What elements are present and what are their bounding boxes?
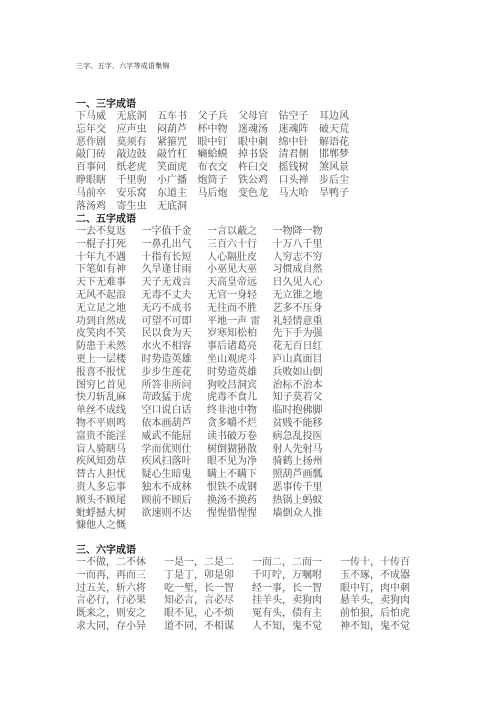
idiom-item: 挂羊头，卖狗肉 [252, 595, 340, 608]
idiom-row: 既来之，则安之眼不见，心不烦冤有头，债有主前怕狼，后怕虎 [76, 608, 428, 621]
idiom-item: 射人先射马 [273, 444, 339, 457]
idiom-item: 惺惺惜惺惺 [207, 508, 273, 521]
idiom-row: 报喜不报忧步步生莲花时势造英雄兵败如山倒 [76, 367, 338, 380]
idiom-item: 事后诸葛亮 [207, 341, 273, 354]
idiom-row: 百事问纸老虎笑面虎布衣交杵臼交摇钱树煞风景 [76, 162, 360, 175]
idiom-item: 水火不相容 [142, 341, 208, 354]
idiom-item: 一棍子打死 [76, 239, 142, 252]
idiom-item: 下笔如有神 [76, 264, 142, 277]
idiom-item: 一物降一物 [273, 226, 339, 239]
idiom-item: 蚍蜉撼大树 [76, 508, 142, 521]
idiom-item: 无毒不丈夫 [142, 290, 208, 303]
idiom-item: 病急乱投医 [273, 431, 339, 444]
idiom-item: 富贵不能淫 [76, 431, 142, 444]
idiom-row: 求大同，存小异道不同，不相谋人不知，鬼不觉神不知，鬼不觉 [76, 621, 428, 634]
idiom-row: 过五关，斩六将吃一堑，长一智经一事，长一智眼中钉，肉中刺 [76, 583, 428, 596]
idiom-item: 可望不可即 [142, 316, 208, 329]
idiom-item: 恨铁不成钢 [207, 482, 273, 495]
idiom-item: 杵臼交 [238, 162, 279, 175]
idiom-item: 疾风知劲草 [76, 456, 142, 469]
idiom-item: 知子莫若父 [273, 392, 339, 405]
idiom-item: 人穷志不穷 [273, 252, 339, 265]
idiom-row: 一不做，二不休一是一，二是二一而二，二而一一传十，十传百 [76, 557, 428, 570]
idiom-item: 一是一，二是二 [164, 557, 252, 570]
idiom-item: 人心隔肚皮 [207, 252, 273, 265]
idiom-row: 一去不复返一字值千金一言以蔽之一物降一物 [76, 226, 338, 239]
idiom-row: 物不平则鸣依本画葫芦贪多嚼不烂贫贱不能移 [76, 418, 338, 431]
idiom-item: 天下无难事 [76, 277, 142, 290]
idiom-row: 无风不起浪无毒不丈夫无官一身轻无立锥之地 [76, 290, 338, 303]
idiom-item: 庐山真面目 [273, 354, 339, 367]
idiom-item: 无官一身轻 [207, 290, 273, 303]
idiom-item: 皮笑肉不笑 [76, 328, 142, 341]
idiom-item: 民以食为天 [142, 328, 208, 341]
idiom-item: 眼中钉 [198, 137, 239, 150]
idiom-item: 寄生虫 [117, 201, 158, 214]
idiom-item: 坐山观虎斗 [207, 354, 273, 367]
idiom-item: 威武不能屈 [142, 431, 208, 444]
idiom-item: 眼不见，心不烦 [164, 608, 252, 621]
idiom-item: 下马威 [76, 111, 117, 124]
idiom-item: 欲速则不达 [142, 508, 208, 521]
idiom-item: 纸老虎 [117, 162, 158, 175]
idiom-item: 炮筒子 [198, 175, 239, 188]
idiom-item: 神不知，鬼不觉 [340, 621, 428, 634]
idiom-item: 狗咬吕洞宾 [207, 380, 273, 393]
idiom-item: 单丝不成线 [76, 405, 142, 418]
idiom-row: 马前卒安乐窝东道主马后炮变色龙马大哈旱鸭子 [76, 188, 360, 201]
idiom-item: 人不知，鬼不觉 [252, 621, 340, 634]
idiom-item: 五车书 [157, 111, 198, 124]
idiom-item: 旱鸭子 [319, 188, 360, 201]
idiom-item: 清君侧 [279, 149, 320, 162]
idiom-item: 绵中针 [279, 137, 320, 150]
idiom-item: 十年九不遇 [76, 252, 142, 265]
idiom-row: 功到自然成可望不可即平地一声 雷礼轻情意重 [76, 316, 338, 329]
idiom-item: 热锅上蚂蚁 [273, 495, 339, 508]
idiom-item: 紧箍咒 [157, 137, 198, 150]
idiom-item: 眼中刺 [238, 137, 279, 150]
idiom-item: 冤有头，债有主 [252, 608, 340, 621]
idiom-list: 一去不复返一字值千金一言以蔽之一物降一物一棍子打死一鼻孔出气三百六十行十万八千里… [76, 226, 338, 533]
idiom-item: 安乐窝 [117, 188, 158, 201]
idiom-row: 更上一层楼时势造英雄坐山观虎斗庐山真面目 [76, 354, 338, 367]
idiom-item: 贪多嚼不烂 [207, 418, 273, 431]
idiom-item: 东道主 [157, 188, 198, 201]
idiom-item: 恶作剧 [76, 137, 117, 150]
idiom-row: 顾头不顾尾顾前不顾后换汤不换药热锅上蚂蚁 [76, 495, 338, 508]
idiom-item: 邯郸梦 [319, 149, 360, 162]
idiom-item: 应声虫 [117, 124, 158, 137]
document-title: 三字、五字、六字等成语集锦 [76, 61, 170, 71]
idiom-item: 一而再，再而三 [76, 570, 164, 583]
idiom-row: 无立足之地无巧不成书无往而不胜艺多不压身 [76, 303, 338, 316]
idiom-item: 十万八千里 [273, 239, 339, 252]
idiom-item: 悬羊头，卖狗肉 [340, 595, 428, 608]
section-heading: 一、三字成语 [76, 99, 360, 111]
section-heading: 三、六字成语 [76, 545, 428, 557]
idiom-row: 睁眼瞎千里驹小广播炮筒子铁公鸡口头禅步后尘 [76, 175, 360, 188]
idiom-item: 一去不复返 [76, 226, 142, 239]
idiom-item: 小巫见大巫 [207, 264, 273, 277]
idiom-item: 无底洞 [117, 111, 158, 124]
idiom-item: 过五关，斩六将 [76, 583, 164, 596]
idiom-item: 防患于未然 [76, 341, 142, 354]
idiom-item: 花无百日红 [273, 341, 339, 354]
idiom-item: 功到自然成 [76, 316, 142, 329]
idiom-item: 时势造英雄 [207, 367, 273, 380]
idiom-item: 岁寒知松柏 [207, 328, 273, 341]
idiom-row: 富贵不能淫威武不能屈读书破万卷病急乱投医 [76, 431, 338, 444]
idiom-item: 百事问 [76, 162, 117, 175]
idiom-item: 替古人担忧 [76, 469, 142, 482]
idiom-item: 步步生莲花 [142, 367, 208, 380]
idiom-item: 一传十，十传百 [340, 557, 428, 570]
idiom-item: 慷他人之慨 [76, 520, 142, 533]
section-heading: 二、五字成语 [76, 214, 338, 226]
idiom-item: 铁公鸡 [238, 175, 279, 188]
idiom-item: 眼不见为净 [207, 456, 273, 469]
section-five-char: 二、五字成语 一去不复返一字值千金一言以蔽之一物降一物一棍子打死一鼻孔出气三百六… [76, 214, 338, 533]
idiom-row: 恶作剧莫须有紧箍咒眼中钉眼中刺绵中针解语花 [76, 137, 360, 150]
idiom-item: 快刀斩乱麻 [76, 392, 142, 405]
idiom-item: 一字值千金 [142, 226, 208, 239]
idiom-list: 一不做，二不休一是一，二是二一而二，二而一一传十，十传百一而再，再而三丁是丁，卯… [76, 557, 428, 634]
idiom-item: 照葫芦画瓢 [273, 469, 339, 482]
idiom-item: 空口说白话 [142, 405, 208, 418]
idiom-row: 下马威无底洞五车书父子兵父母官钻空子耳边风 [76, 111, 360, 124]
idiom-item: 敲门砖 [76, 149, 117, 162]
idiom-item: 闷葫芦 [157, 124, 198, 137]
idiom-list: 下马威无底洞五车书父子兵父母官钻空子耳边风忘年交应声虫闷葫芦杯中物迷魂汤迷魂阵破… [76, 111, 360, 213]
idiom-item: 道不同，不相谋 [164, 621, 252, 634]
idiom-item: 天高皇帝远 [207, 277, 273, 290]
idiom-row: 图穷匕首见所答非所问狗咬吕洞宾治标不治本 [76, 380, 338, 393]
idiom-item: 知必言，言必尽 [164, 595, 252, 608]
idiom-item: 掉书袋 [238, 149, 279, 162]
idiom-row: 忘年交应声虫闷葫芦杯中物迷魂汤迷魂阵破天荒 [76, 124, 360, 137]
idiom-item: 无立锥之地 [273, 290, 339, 303]
idiom-item: 兵败如山倒 [273, 367, 339, 380]
idiom-item: 经一事，长一智 [252, 583, 340, 596]
idiom-item: 所答非所问 [142, 380, 208, 393]
idiom-item: 学而优则仕 [142, 444, 208, 457]
idiom-item: 一而二，二而一 [252, 557, 340, 570]
idiom-item: 前怕狼，后怕虎 [340, 608, 428, 621]
idiom-item: 癞蛤蟆 [198, 149, 239, 162]
idiom-item: 无底洞 [157, 201, 198, 214]
idiom-row: 慷他人之慨 [76, 520, 338, 533]
idiom-item: 贫贱不能移 [273, 418, 339, 431]
idiom-item: 吃一堑，长一智 [164, 583, 252, 596]
idiom-item: 治标不治本 [273, 380, 339, 393]
idiom-item: 父子兵 [198, 111, 239, 124]
idiom-item: 读书破万卷 [207, 431, 273, 444]
idiom-item: 丁是丁，卯是卯 [164, 570, 252, 583]
idiom-item: 马前卒 [76, 188, 117, 201]
idiom-item: 贵人多忘事 [76, 482, 142, 495]
idiom-row: 一棍子打死一鼻孔出气三百六十行十万八千里 [76, 239, 338, 252]
idiom-item: 杯中物 [198, 124, 239, 137]
idiom-row: 快刀斩乱麻苛政猛于虎虎毒不食儿知子莫若父 [76, 392, 338, 405]
idiom-item: 马大哈 [279, 188, 320, 201]
idiom-item: 时势造英雄 [142, 354, 208, 367]
idiom-item: 钻空子 [279, 111, 320, 124]
idiom-item: 盲人骑瞎马 [76, 444, 142, 457]
idiom-item: 步后尘 [319, 175, 360, 188]
idiom-row: 一而再，再而三丁是丁，卯是卯千叮咛，万嘱咐玉不琢，不成器 [76, 570, 428, 583]
idiom-row: 单丝不成线空口说白话终非池中物临时抱佛脚 [76, 405, 338, 418]
idiom-item: 一不做，二不休 [76, 557, 164, 570]
idiom-item: 疑心生暗鬼 [142, 469, 208, 482]
idiom-item: 骑鹤上扬州 [273, 456, 339, 469]
idiom-item: 小广播 [157, 175, 198, 188]
idiom-item: 马后炮 [198, 188, 239, 201]
idiom-item: 迷魂汤 [238, 124, 279, 137]
idiom-item: 艺多不压身 [273, 303, 339, 316]
idiom-item: 三百六十行 [207, 239, 273, 252]
idiom-item: 落汤鸡 [76, 201, 117, 214]
idiom-item: 口头禅 [279, 175, 320, 188]
idiom-item: 布衣交 [198, 162, 239, 175]
section-six-char: 三、六字成语 一不做，二不休一是一，二是二一而二，二而一一传十，十传百一而再，再… [76, 545, 428, 634]
idiom-item: 平地一声 雷 [207, 316, 273, 329]
idiom-item: 更上一层楼 [76, 354, 142, 367]
idiom-item: 疾风扫落叶 [142, 456, 208, 469]
idiom-row: 疾风知劲草疾风扫落叶眼不见为净骑鹤上扬州 [76, 456, 338, 469]
idiom-row: 防患于未然水火不相容事后诸葛亮花无百日红 [76, 341, 338, 354]
idiom-item: 树倒猢狲散 [207, 444, 273, 457]
idiom-item: 笑面虎 [157, 162, 198, 175]
idiom-item: 一鼻孔出气 [142, 239, 208, 252]
idiom-item: 习惯成自然 [273, 264, 339, 277]
idiom-item: 摇钱树 [279, 162, 320, 175]
idiom-item: 言必行，行必果 [76, 595, 164, 608]
idiom-item: 无风不起浪 [76, 290, 142, 303]
idiom-item: 玉不琢，不成器 [340, 570, 428, 583]
idiom-item: 解语花 [319, 137, 360, 150]
idiom-item: 无巧不成书 [142, 303, 208, 316]
idiom-item: 瞒上不瞒下 [207, 469, 273, 482]
idiom-item: 终非池中物 [207, 405, 273, 418]
idiom-item: 敲竹杠 [157, 149, 198, 162]
idiom-item: 日久见人心 [273, 277, 339, 290]
section-three-char: 一、三字成语 下马威无底洞五车书父子兵父母官钻空子耳边风忘年交应声虫闷葫芦杯中物… [76, 99, 360, 213]
idiom-item: 恶事传千里 [273, 482, 339, 495]
idiom-item: 无往而不胜 [207, 303, 273, 316]
idiom-item: 独木不成林 [142, 482, 208, 495]
idiom-row: 皮笑肉不笑民以食为天岁寒知松柏先下手为强 [76, 328, 338, 341]
idiom-row: 敲门砖敲边鼓敲竹杠癞蛤蟆掉书袋清君侧邯郸梦 [76, 149, 360, 162]
idiom-row: 替古人担忧疑心生暗鬼瞒上不瞒下照葫芦画瓢 [76, 469, 338, 482]
idiom-item: 破天荒 [319, 124, 360, 137]
idiom-item: 求大同，存小异 [76, 621, 164, 634]
idiom-item: 图穷匕首见 [76, 380, 142, 393]
idiom-item: 耳边风 [319, 111, 360, 124]
idiom-row: 下笔如有神久旱逢甘雨小巫见大巫习惯成自然 [76, 264, 338, 277]
idiom-item: 苛政猛于虎 [142, 392, 208, 405]
idiom-item: 十指有长短 [142, 252, 208, 265]
idiom-item: 变色龙 [238, 188, 279, 201]
idiom-item: 久旱逢甘雨 [142, 264, 208, 277]
idiom-item: 墙倒众人推 [273, 508, 339, 521]
idiom-row: 盲人骑瞎马学而优则仕树倒猢狲散射人先射马 [76, 444, 338, 457]
idiom-item: 千里驹 [117, 175, 158, 188]
idiom-item: 先下手为强 [273, 328, 339, 341]
idiom-item: 礼轻情意重 [273, 316, 339, 329]
idiom-item: 眼中钉，肉中刺 [340, 583, 428, 596]
idiom-item: 睁眼瞎 [76, 175, 117, 188]
idiom-row: 言必行，行必果知必言，言必尽挂羊头，卖狗肉悬羊头，卖狗肉 [76, 595, 428, 608]
idiom-row: 贵人多忘事独木不成林恨铁不成钢恶事传千里 [76, 482, 338, 495]
idiom-item: 父母官 [238, 111, 279, 124]
idiom-item: 依本画葫芦 [142, 418, 208, 431]
idiom-item: 顾头不顾尾 [76, 495, 142, 508]
idiom-item: 迷魂阵 [279, 124, 320, 137]
idiom-item: 换汤不换药 [207, 495, 273, 508]
idiom-item: 一言以蔽之 [207, 226, 273, 239]
idiom-item: 煞风景 [319, 162, 360, 175]
idiom-row: 十年九不遇十指有长短人心隔肚皮人穷志不穷 [76, 252, 338, 265]
idiom-item: 临时抱佛脚 [273, 405, 339, 418]
idiom-item: 顾前不顾后 [142, 495, 208, 508]
idiom-item: 千叮咛，万嘱咐 [252, 570, 340, 583]
idiom-item: 虎毒不食儿 [207, 392, 273, 405]
idiom-item: 莫须有 [117, 137, 158, 150]
idiom-row: 天下无难事天子无戏言天高皇帝远日久见人心 [76, 277, 338, 290]
idiom-item: 天子无戏言 [142, 277, 208, 290]
idiom-row: 落汤鸡寄生虫无底洞 [76, 201, 360, 214]
idiom-item: 既来之，则安之 [76, 608, 164, 621]
idiom-item: 物不平则鸣 [76, 418, 142, 431]
idiom-item: 忘年交 [76, 124, 117, 137]
idiom-item: 无立足之地 [76, 303, 142, 316]
idiom-item: 报喜不报忧 [76, 367, 142, 380]
idiom-row: 蚍蜉撼大树欲速则不达惺惺惜惺惺墙倒众人推 [76, 508, 338, 521]
idiom-item: 敲边鼓 [117, 149, 158, 162]
